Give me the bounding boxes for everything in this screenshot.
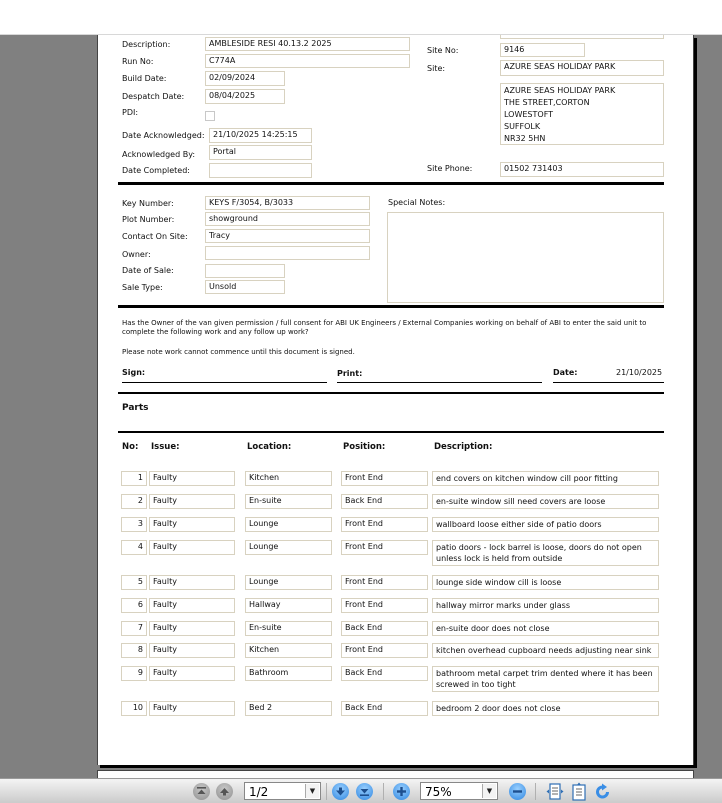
sign-line[interactable]	[122, 382, 327, 383]
part-issue-field: Faulty	[149, 701, 235, 716]
part-description-field: en-suite window sill need covers are loo…	[432, 494, 659, 509]
last-page-icon[interactable]	[356, 783, 373, 800]
site-no-label: Site No:	[427, 45, 458, 57]
print-line[interactable]	[337, 382, 542, 383]
col-header-position: Position:	[343, 441, 385, 453]
part-issue-field: Faulty	[149, 517, 235, 532]
col-header-description: Description:	[434, 441, 492, 453]
top-bar	[0, 0, 722, 35]
date-label: Date:	[553, 367, 578, 379]
page-selector[interactable]: 1/2 ▼	[244, 782, 321, 800]
part-issue-field: Faulty	[149, 471, 235, 486]
chevron-down-icon[interactable]: ▼	[482, 784, 496, 798]
acknowledged-by-field: Portal	[209, 145, 312, 160]
part-position-field: Front End	[341, 540, 428, 555]
address-line: NR32 5HN	[504, 133, 660, 145]
part-position-field: Back End	[341, 621, 428, 636]
viewer-toolbar: 1/2 ▼ 75% ▼	[0, 778, 722, 803]
part-location-field: Hallway	[245, 598, 332, 613]
part-position-field: Front End	[341, 471, 428, 486]
part-description-field: end covers on kitchen window cill poor f…	[432, 471, 659, 486]
part-location-field: Lounge	[245, 540, 332, 555]
part-description-field: bathroom metal carpet trim dented where …	[432, 666, 659, 692]
consent-text: Has the Owner of the van given permissio…	[122, 319, 662, 337]
plot-number-label: Plot Number:	[122, 214, 174, 226]
pdi-checkbox[interactable]	[205, 111, 215, 121]
print-label: Print:	[337, 368, 362, 380]
part-issue-field: Faulty	[149, 540, 235, 555]
build-date-label: Build Date:	[122, 73, 166, 85]
part-no-field: 9	[121, 666, 147, 681]
part-no-field: 6	[121, 598, 147, 613]
key-number-label: Key Number:	[122, 198, 174, 210]
section-divider	[118, 305, 664, 308]
date-acknowledged-label: Date Acknowledged:	[122, 130, 205, 142]
owner-label: Owner:	[122, 249, 151, 261]
part-description-field: kitchen overhead cupboard needs adjustin…	[432, 643, 659, 658]
part-no-field: 8	[121, 643, 147, 658]
site-phone-field: 01502 731403	[500, 162, 664, 177]
address-line: AZURE SEAS HOLIDAY PARK	[504, 85, 660, 97]
date-acknowledged-field: 21/10/2025 14:25:15	[209, 128, 312, 143]
fit-width-icon[interactable]	[546, 782, 564, 801]
description-field: AMBLESIDE RESI 40.13.2 2025	[205, 37, 410, 51]
date-of-sale-label: Date of Sale:	[122, 265, 174, 277]
contact-on-site-field: Tracy	[205, 229, 370, 243]
part-position-field: Back End	[341, 666, 428, 681]
part-location-field: Bed 2	[245, 701, 332, 716]
plot-number-field: showground	[205, 212, 370, 226]
key-number-field: KEYS F/3054, B/3033	[205, 196, 370, 210]
run-no-field: C774A	[205, 54, 410, 68]
pdi-label: PDI:	[122, 107, 138, 119]
part-position-field: Front End	[341, 517, 428, 532]
zoom-in-icon[interactable]	[393, 783, 410, 800]
part-description-field: bedroom 2 door does not close	[432, 701, 659, 716]
part-position-field: Front End	[341, 598, 428, 613]
document-page-1: Description: AMBLESIDE RESI 40.13.2 2025…	[97, 35, 694, 765]
document-viewer[interactable]: Description: AMBLESIDE RESI 40.13.2 2025…	[0, 35, 722, 778]
part-no-field: 10	[121, 701, 147, 716]
page-indicator: 1/2	[249, 785, 268, 799]
toolbar-separator	[535, 783, 536, 800]
part-no-field: 7	[121, 621, 147, 636]
part-no-field: 3	[121, 517, 147, 532]
sale-type-field: Unsold	[205, 280, 285, 294]
owner-field	[205, 246, 370, 260]
part-description-field: hallway mirror marks under glass	[432, 598, 659, 613]
part-position-field: Front End	[341, 643, 428, 658]
contact-on-site-label: Contact On Site:	[122, 231, 188, 243]
date-completed-label: Date Completed:	[122, 165, 190, 177]
part-location-field: Lounge	[245, 517, 332, 532]
first-page-icon[interactable]	[193, 783, 210, 800]
part-position-field: Front End	[341, 575, 428, 590]
cutoff-field	[500, 35, 664, 39]
chevron-down-icon[interactable]: ▼	[305, 784, 319, 798]
part-location-field: Kitchen	[245, 643, 332, 658]
part-location-field: En-suite	[245, 621, 332, 636]
part-location-field: Lounge	[245, 575, 332, 590]
part-no-field: 2	[121, 494, 147, 509]
site-address-field: AZURE SEAS HOLIDAY PARK THE STREET,CORTO…	[500, 83, 664, 145]
section-divider	[118, 392, 664, 394]
part-location-field: Bathroom	[245, 666, 332, 681]
part-issue-field: Faulty	[149, 494, 235, 509]
part-location-field: Kitchen	[245, 471, 332, 486]
date-of-sale-field	[205, 264, 285, 278]
despatch-date-field: 08/04/2025	[205, 89, 285, 104]
sign-label: Sign:	[122, 367, 145, 379]
site-field: AZURE SEAS HOLIDAY PARK	[500, 60, 664, 76]
address-line: LOWESTOFT	[504, 109, 660, 121]
date-value: 21/10/2025	[616, 367, 662, 379]
col-header-no: No:	[122, 441, 138, 453]
site-phone-label: Site Phone:	[427, 163, 472, 175]
site-label: Site:	[427, 63, 445, 75]
part-issue-field: Faulty	[149, 643, 235, 658]
section-divider	[118, 431, 664, 433]
part-description-field: en-suite door does not close	[432, 621, 659, 636]
toolbar-separator	[326, 783, 327, 800]
date-line	[553, 382, 664, 383]
section-divider	[118, 182, 664, 185]
part-no-field: 1	[121, 471, 147, 486]
part-position-field: Back End	[341, 494, 428, 509]
part-no-field: 5	[121, 575, 147, 590]
part-issue-field: Faulty	[149, 666, 235, 681]
notice-text: Please note work cannot commence until t…	[122, 348, 355, 357]
parts-heading: Parts	[122, 402, 149, 414]
address-line: SUFFOLK	[504, 121, 660, 133]
col-header-location: Location:	[247, 441, 291, 453]
run-no-label: Run No:	[122, 56, 153, 68]
special-notes-field	[387, 212, 664, 303]
special-notes-label: Special Notes:	[388, 197, 445, 209]
part-issue-field: Faulty	[149, 621, 235, 636]
acknowledged-by-label: Acknowledged By:	[122, 149, 195, 161]
part-description-field: patio doors - lock barrel is loose, door…	[432, 540, 659, 566]
zoom-out-icon[interactable]	[509, 783, 526, 800]
fit-page-icon[interactable]	[570, 782, 588, 801]
part-issue-field: Faulty	[149, 575, 235, 590]
previous-page-icon[interactable]	[216, 783, 233, 800]
rotate-icon[interactable]	[594, 782, 612, 801]
document-page-2	[97, 770, 694, 778]
part-description-field: wallboard loose either side of patio doo…	[432, 517, 659, 532]
next-page-icon[interactable]	[332, 783, 349, 800]
despatch-date-label: Despatch Date:	[122, 91, 184, 103]
zoom-level: 75%	[425, 785, 452, 799]
toolbar-separator	[383, 783, 384, 800]
part-no-field: 4	[121, 540, 147, 555]
part-issue-field: Faulty	[149, 598, 235, 613]
description-label: Description:	[122, 39, 170, 51]
part-position-field: Back End	[341, 701, 428, 716]
part-location-field: En-suite	[245, 494, 332, 509]
build-date-field: 02/09/2024	[205, 71, 285, 86]
date-completed-field	[209, 163, 312, 178]
sale-type-label: Sale Type:	[122, 282, 163, 294]
address-line: THE STREET,CORTON	[504, 97, 660, 109]
site-no-field: 9146	[500, 43, 585, 57]
zoom-selector[interactable]: 75% ▼	[420, 782, 498, 800]
part-description-field: lounge side window cill is loose	[432, 575, 659, 590]
col-header-issue: Issue:	[151, 441, 180, 453]
